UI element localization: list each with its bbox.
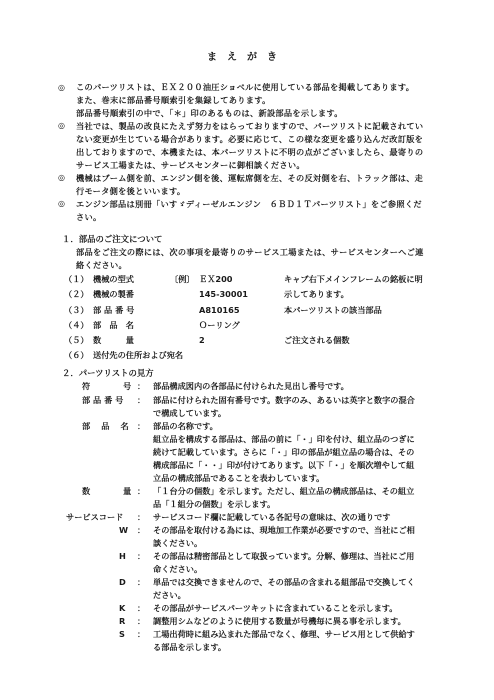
term-label: サービスコード	[66, 512, 123, 523]
colon: ：	[137, 395, 145, 406]
service-code: R	[119, 616, 125, 626]
intro-line: 当社では、製品の改良にたえず努力をはらっておりますので、パーツリストに記載されて…	[76, 121, 423, 131]
service-code: K	[119, 603, 125, 613]
term-desc: 構成部品に「・・」印が付けてあります。以下「・」を順次増やして組	[153, 460, 414, 470]
row-number: （２）	[64, 289, 89, 300]
row-label: 機械の製番	[93, 289, 134, 300]
term-desc: 品「１組分の個数」を示します。	[153, 499, 275, 509]
term-desc: で構成しています。	[153, 408, 226, 418]
colon: ：	[137, 525, 145, 536]
intro-line: ない変更が生じている場合があります。必要に応じて、この様な変更を盛り込んだ改訂版…	[76, 134, 423, 144]
code-desc: ださい。	[153, 590, 186, 600]
intro-line: 部品番号順索引の中で、「＊」印のあるものは、新設部品を示します。	[76, 108, 343, 118]
code-desc: その部品を取付ける為には、現地加工作業が必要ですので、当社にご相	[153, 525, 415, 535]
section-heading: １．部品のご注文について	[62, 233, 162, 245]
code-desc: 談ください。	[153, 538, 202, 548]
intro-line: 出しておりますので、本機または、本パーツリストに不明の点がございましたら、最寄り…	[76, 147, 423, 157]
row-label: 部 品 番 号	[93, 305, 134, 316]
row-label: 数 量	[93, 335, 134, 346]
term-desc: サービスコード欄に記載している各記号の意味は、次の通りです	[153, 512, 390, 522]
term-label: 符 号	[82, 381, 131, 392]
term-label: 部 品 番 号	[82, 395, 123, 406]
document-page: まえがき ◎ このパーツリストは、ＥＸ２００油圧ショベルに使用している部品を掲載…	[0, 0, 494, 700]
row-label: 送付先の住所および宛名	[93, 350, 183, 361]
row-number: （１）	[64, 274, 89, 285]
colon: ：	[137, 512, 145, 523]
page-title: まえがき	[0, 48, 494, 63]
row-value: Ｏーリング	[199, 320, 240, 331]
service-code: D	[119, 577, 126, 587]
code-desc: 工場出荷時に組み込まれた部品でなく、修理、サービス用として供給す	[153, 629, 415, 639]
service-code: W	[119, 525, 128, 535]
code-desc: る部品を示します。	[153, 642, 226, 652]
term-desc: 部品に付けられた固有番号です。数字のみ、あるいは英字と数字の混合	[153, 395, 415, 405]
section-text: 部品をご注文の際には、次の事項を最寄りのサービス工場または、サービスセンターへご…	[76, 247, 424, 257]
code-desc: その部品がサービスパーツキットに含まれていることを示します。	[153, 603, 397, 613]
row-value: ＥＸ200	[199, 274, 232, 285]
term-desc: 部品の名称です。	[153, 421, 218, 431]
intro-line: 行モータ側を後といいます。	[76, 186, 185, 196]
code-desc: 命ください。	[153, 564, 202, 574]
row-note: 示してあります。	[284, 289, 349, 300]
colon: ：	[137, 577, 145, 588]
row-note: 本パーツリストの該当部品	[284, 305, 382, 316]
row-number: （６）	[64, 350, 89, 361]
bullet-icon: ◎	[58, 83, 65, 92]
bullet-icon: ◎	[58, 173, 65, 182]
term-desc: 部品構成図内の各部品に付けられた見出し番号です。	[153, 381, 349, 391]
row-value: 2	[199, 335, 205, 345]
row-note: キャブ右下メインフレームの銘板に明	[284, 274, 423, 285]
code-desc: 単品では交換できませんので、その部品の含まれる組部品で交換してく	[153, 577, 415, 587]
colon: ：	[137, 381, 145, 392]
intro-line: さい。	[76, 212, 101, 222]
row-note: ご注文される個数	[284, 335, 350, 346]
service-code: S	[119, 629, 125, 639]
term-label: 部 品 名	[82, 421, 129, 432]
code-desc: その部品は精密部品として取扱っています。分解、修理は、当社にご用	[153, 551, 414, 561]
colon: ：	[137, 629, 145, 640]
row-label: 部 品 名	[93, 320, 134, 331]
intro-line: エンジン部品は別冊「いすゞディーゼルエンジン ６ＢＤ１Ｔパーツリスト」をご参照く…	[76, 199, 422, 209]
row-value: A810165	[199, 305, 240, 315]
intro-line: 機械はブーム側を前、エンジン側を後、運転席側を左、その反対側を右、トラック部は、…	[76, 173, 423, 183]
service-code: H	[119, 551, 126, 561]
term-desc: 続けて記載しています。さらに「・」印の部品が組立品の場合は、その	[153, 447, 414, 457]
colon: ：	[137, 551, 145, 562]
code-desc: 調整用シムなどのように使用する数量が号機毎に異る事を示します。	[153, 616, 406, 626]
colon: ：	[137, 616, 145, 627]
row-number: （３）	[64, 305, 89, 316]
colon: ：	[137, 486, 145, 497]
example-label: 〔例〕	[170, 274, 195, 285]
term-desc: 立品の構成部品であることを表わしています。	[153, 473, 324, 483]
colon: ：	[137, 421, 145, 432]
section-heading: ２．パーツリストの見方	[62, 367, 154, 379]
term-label: 数 量	[82, 486, 131, 497]
term-desc: 「１台分の個数」を示します。ただし、組立品の構成部品は、その組立	[153, 486, 414, 496]
intro-line: サービス工場または、サービスセンターに御相談ください。	[76, 160, 305, 170]
section-text: 絡ください。	[76, 260, 127, 270]
intro-line: また、巻末に部品番号順索引を集録してあります。	[76, 95, 271, 105]
bullet-icon: ◎	[58, 121, 65, 130]
bullet-icon: ◎	[58, 199, 65, 208]
colon: ：	[137, 603, 145, 614]
row-value: 145-30001	[199, 289, 248, 299]
row-number: （４）	[64, 320, 89, 331]
row-label: 機械の型式	[93, 274, 134, 285]
row-number: （５）	[64, 335, 89, 346]
intro-line: このパーツリストは、ＥＸ２００油圧ショベルに使用している部品を掲載してあります。	[76, 82, 414, 92]
term-desc: 組立品を構成する部品は、部品の前に「・」印を付け、組立品のつぎに	[153, 434, 415, 444]
